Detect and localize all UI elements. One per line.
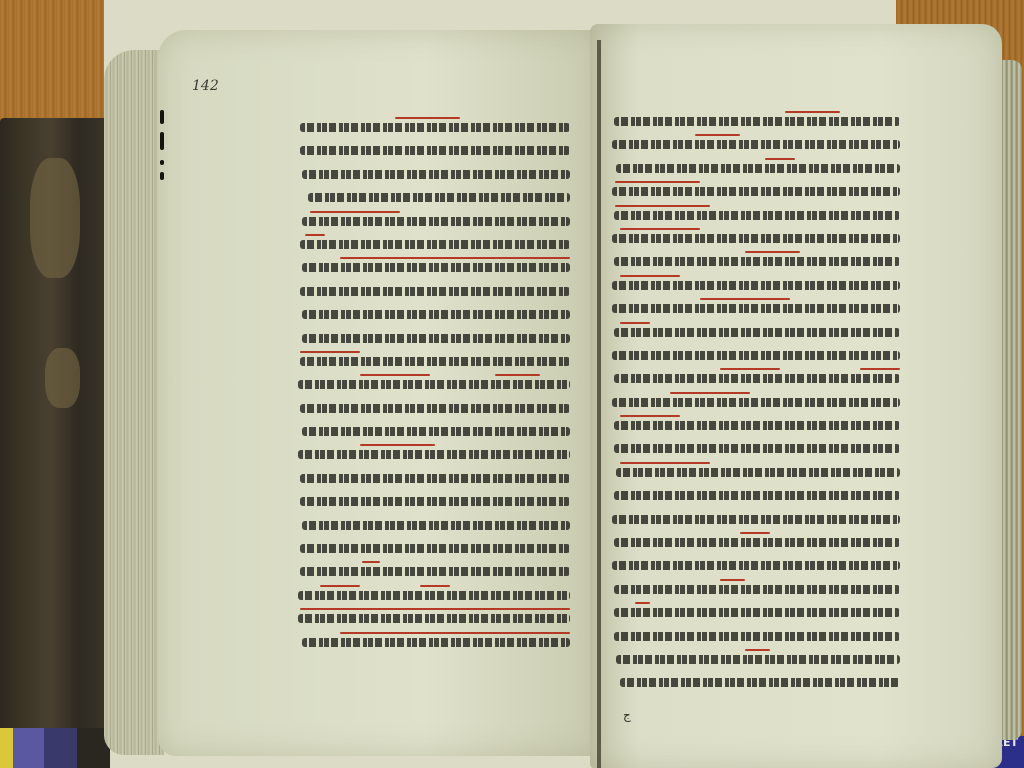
right-page-text-block <box>608 108 900 693</box>
manuscript-text-line <box>294 254 570 277</box>
red-rubrication-overline <box>620 415 680 417</box>
handwritten-arabic-text <box>302 521 570 530</box>
page-footer-mark: ج <box>623 708 631 722</box>
handwritten-arabic-text <box>612 561 900 570</box>
handwritten-arabic-text <box>298 380 570 389</box>
red-rubrication-overline <box>300 608 570 610</box>
handwritten-arabic-text <box>614 421 900 430</box>
manuscript-text-line <box>294 348 570 371</box>
handwritten-arabic-text <box>302 310 570 319</box>
red-rubrication-overline <box>720 579 745 581</box>
handwritten-arabic-text <box>298 450 570 459</box>
handwritten-arabic-text <box>300 146 570 155</box>
manuscript-text-line <box>294 137 570 160</box>
handwritten-arabic-text <box>302 217 570 226</box>
manuscript-text-line <box>608 131 900 154</box>
manuscript-text-line <box>608 225 900 248</box>
handwritten-arabic-text <box>616 164 900 173</box>
red-rubrication-overline <box>300 351 360 353</box>
handwritten-arabic-text <box>612 515 900 524</box>
red-rubrication-overline <box>620 322 650 324</box>
handwritten-arabic-text <box>300 567 570 576</box>
manuscript-text-line <box>608 506 900 529</box>
handwritten-arabic-text <box>614 374 900 383</box>
handwritten-arabic-text <box>298 614 570 623</box>
red-rubrication-overline <box>395 117 460 119</box>
handwritten-arabic-text <box>620 678 900 687</box>
handwritten-arabic-text <box>612 140 900 149</box>
handwritten-arabic-text <box>612 398 900 407</box>
handwritten-arabic-text <box>308 193 570 202</box>
manuscript-text-line <box>294 488 570 511</box>
manuscript-text-line <box>608 178 900 201</box>
manuscript-text-line <box>294 465 570 488</box>
red-rubrication-overline <box>740 532 770 534</box>
handwritten-arabic-text <box>614 608 900 617</box>
handwritten-arabic-text <box>298 591 570 600</box>
manuscript-text-line <box>608 319 900 342</box>
red-rubrication-overline <box>340 632 570 634</box>
handwritten-arabic-text <box>614 491 900 500</box>
red-rubrication-overline <box>620 462 710 464</box>
red-rubrication-overline <box>340 257 570 259</box>
handwritten-arabic-text <box>302 427 570 436</box>
manuscript-text-line <box>608 552 900 575</box>
manuscript-text-line <box>294 418 570 441</box>
manuscript-text-line <box>608 669 900 692</box>
manuscript-text-line <box>294 114 570 137</box>
handwritten-arabic-text <box>614 538 900 547</box>
page-edges-left <box>104 50 164 755</box>
manuscript-text-line <box>294 605 570 628</box>
manuscript-text-line <box>294 512 570 535</box>
red-rubrication-overline <box>860 368 900 370</box>
manuscript-text-line <box>294 325 570 348</box>
manuscript-text-line <box>294 441 570 464</box>
handwritten-arabic-text <box>612 187 900 196</box>
handwritten-arabic-text <box>614 444 900 453</box>
handwritten-arabic-text <box>614 257 900 266</box>
manuscript-text-line <box>294 184 570 207</box>
cover-wear-patch <box>30 158 80 278</box>
handwritten-arabic-text <box>616 468 900 477</box>
handwritten-arabic-text <box>300 123 570 132</box>
handwritten-arabic-text <box>614 117 900 126</box>
handwritten-arabic-text <box>612 351 900 360</box>
manuscript-text-line <box>608 272 900 295</box>
manuscript-text-line <box>294 535 570 558</box>
red-rubrication-overline <box>765 158 795 160</box>
red-rubrication-overline <box>615 181 700 183</box>
handwritten-arabic-text <box>300 287 570 296</box>
manuscript-text-line <box>608 576 900 599</box>
manuscript-text-line <box>608 389 900 412</box>
red-rubrication-overline <box>362 561 380 563</box>
red-rubrication-overline <box>745 251 800 253</box>
manuscript-text-line <box>608 623 900 646</box>
manuscript-text-line <box>294 208 570 231</box>
handwritten-arabic-text <box>614 328 900 337</box>
red-rubrication-overline <box>615 205 710 207</box>
red-rubrication-overline <box>310 211 400 213</box>
handwritten-arabic-text <box>300 497 570 506</box>
red-rubrication-overline <box>700 298 790 300</box>
red-rubrication-overline <box>495 374 540 376</box>
handwritten-arabic-text <box>302 263 570 272</box>
book-gutter <box>597 40 601 768</box>
left-page-text-block <box>294 114 570 652</box>
manuscript-text-line <box>608 202 900 225</box>
manuscript-text-line <box>608 482 900 505</box>
red-rubrication-overline <box>360 444 435 446</box>
manuscript-text-line <box>608 365 900 388</box>
handwritten-arabic-text <box>614 632 900 641</box>
manuscript-text-line <box>294 371 570 394</box>
handwritten-arabic-text <box>612 234 900 243</box>
handwritten-arabic-text <box>300 544 570 553</box>
manuscript-text-line <box>294 161 570 184</box>
handwritten-arabic-text <box>300 357 570 366</box>
handwritten-arabic-text <box>614 585 900 594</box>
background-books-left <box>0 728 110 768</box>
leather-cover <box>0 118 112 748</box>
red-rubrication-overline <box>320 585 360 587</box>
handwritten-arabic-text <box>616 655 900 664</box>
manuscript-text-line <box>608 529 900 552</box>
manuscript-text-line <box>608 459 900 482</box>
manuscript-text-line <box>608 108 900 131</box>
handwritten-arabic-text <box>300 474 570 483</box>
red-rubrication-overline <box>720 368 780 370</box>
red-rubrication-overline <box>620 228 700 230</box>
red-rubrication-overline <box>745 649 770 651</box>
handwritten-arabic-text <box>612 304 900 313</box>
manuscript-text-line <box>294 231 570 254</box>
manuscript-text-line <box>294 582 570 605</box>
manuscript-text-line <box>608 295 900 318</box>
red-rubrication-overline <box>785 111 840 113</box>
red-rubrication-overline <box>695 134 740 136</box>
manuscript-text-line <box>294 395 570 418</box>
manuscript-text-line <box>608 342 900 365</box>
handwritten-arabic-text <box>300 240 570 249</box>
manuscript-text-line <box>294 301 570 324</box>
manuscript-text-line <box>608 435 900 458</box>
handwritten-arabic-text <box>614 211 900 220</box>
manuscript-text-line <box>294 558 570 581</box>
cover-wear-patch <box>45 348 80 408</box>
manuscript-text-line <box>608 412 900 435</box>
handwritten-arabic-text <box>300 404 570 413</box>
edge-ink-marks <box>158 110 168 190</box>
handwritten-arabic-text <box>612 281 900 290</box>
red-rubrication-overline <box>620 275 680 277</box>
red-rubrication-overline <box>635 602 650 604</box>
folio-number: 142 <box>192 78 219 94</box>
manuscript-text-line <box>294 629 570 652</box>
red-rubrication-overline <box>360 374 430 376</box>
red-rubrication-overline <box>305 234 325 236</box>
red-rubrication-overline <box>420 585 450 587</box>
manuscript-text-line <box>608 646 900 669</box>
handwritten-arabic-text <box>302 334 570 343</box>
red-rubrication-overline <box>670 392 750 394</box>
manuscript-text-line <box>608 599 900 622</box>
handwritten-arabic-text <box>302 170 570 179</box>
handwritten-arabic-text <box>302 638 570 647</box>
manuscript-text-line <box>608 248 900 271</box>
manuscript-text-line <box>608 155 900 178</box>
manuscript-text-line <box>294 278 570 301</box>
